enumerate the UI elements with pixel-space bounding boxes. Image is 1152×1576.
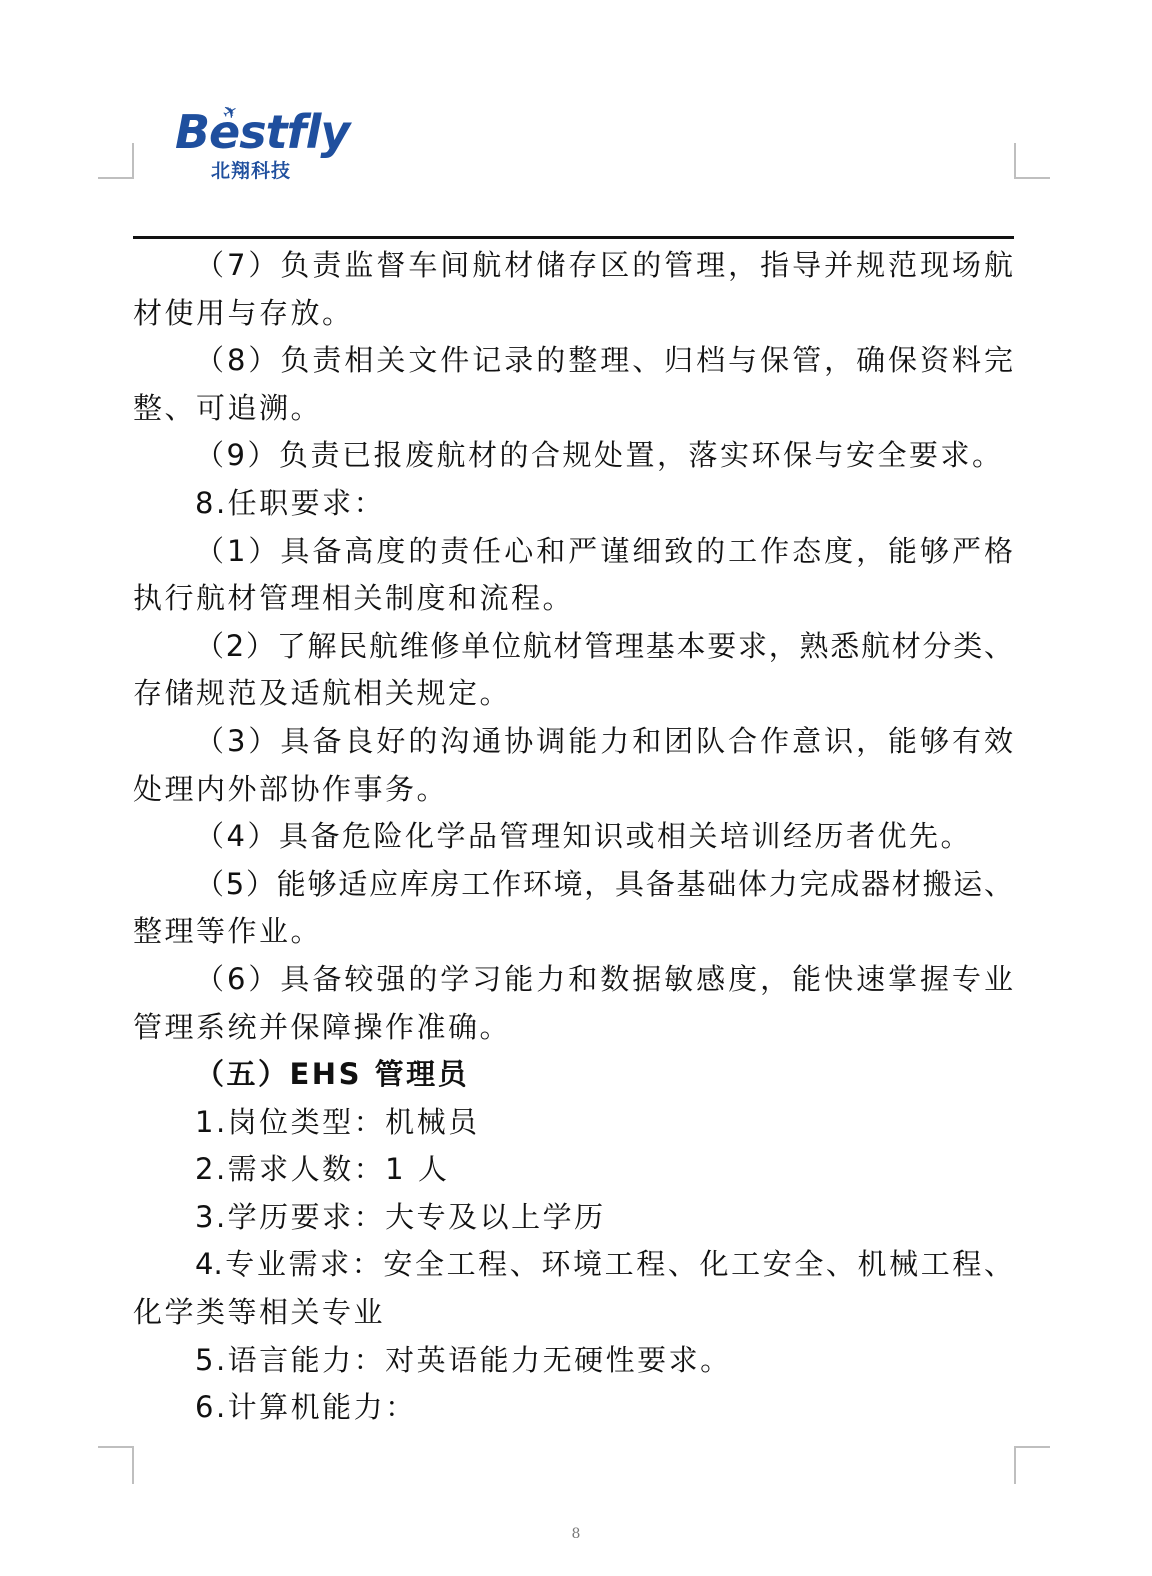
paragraph-line: （9）负责已报废航材的合规处置，落实环保与安全要求。: [133, 432, 1013, 480]
paragraph-line: （7）负责监督车间航材储存区的管理，指导并规范现场航: [133, 242, 1013, 290]
paragraph-line: 2.需求人数：1 人: [133, 1146, 1013, 1194]
paragraph-line: （8）负责相关文件记录的整理、归档与保管，确保资料完: [133, 337, 1013, 385]
paragraph-line: 4.专业需求：安全工程、环境工程、化工安全、机械工程、: [133, 1241, 1013, 1289]
paragraph-line: 存储规范及适航相关规定。: [133, 670, 1013, 718]
header-rule: [133, 236, 1014, 239]
crop-mark-bottom-right: [1014, 1446, 1050, 1484]
paragraph-line: （5）能够适应库房工作环境，具备基础体力完成器材搬运、: [133, 861, 1013, 909]
paragraph-line: 化学类等相关专业: [133, 1289, 1013, 1337]
paragraph-line: 3.学历要求：大专及以上学历: [133, 1194, 1013, 1242]
crop-mark-bottom-left: [98, 1446, 134, 1484]
paragraph-line: 5.语言能力：对英语能力无硬性要求。: [133, 1337, 1013, 1385]
crop-mark-top-right: [1014, 143, 1050, 179]
paragraph-line: 材使用与存放。: [133, 290, 1013, 338]
page-number: 8: [0, 1526, 1152, 1542]
crop-mark-top-left: [98, 143, 134, 179]
logo-wordmark: Bestfly: [175, 104, 349, 160]
paragraph-line: 执行航材管理相关制度和流程。: [133, 575, 1013, 623]
paragraph-line: 整、可追溯。: [133, 385, 1013, 433]
paragraph-line: 整理等作业。: [133, 908, 1013, 956]
paragraph-line: 处理内外部协作事务。: [133, 766, 1013, 814]
paragraph-line: （6）具备较强的学习能力和数据敏感度，能快速掌握专业: [133, 956, 1013, 1004]
paragraph-line: （2）了解民航维修单位航材管理基本要求，熟悉航材分类、: [133, 623, 1013, 671]
section-heading: 8.任职要求：: [133, 480, 1013, 528]
subsection-heading: （五）EHS 管理员: [133, 1051, 1013, 1099]
paragraph-line: （1）具备高度的责任心和严谨细致的工作态度，能够严格: [133, 528, 1013, 576]
paragraph-line: （4）具备危险化学品管理知识或相关培训经历者优先。: [133, 813, 1013, 861]
company-logo: ✈ Bestfly 北翔科技: [175, 104, 345, 184]
paragraph-line: （3）具备良好的沟通协调能力和团队合作意识，能够有效: [133, 718, 1013, 766]
paragraph-line: 6.计算机能力：: [133, 1384, 1013, 1432]
logo-subtitle: 北翔科技: [211, 160, 291, 182]
paragraph-line: 1.岗位类型：机械员: [133, 1099, 1013, 1147]
document-body: （7）负责监督车间航材储存区的管理，指导并规范现场航 材使用与存放。 （8）负责…: [133, 242, 1013, 1432]
paragraph-line: 管理系统并保障操作准确。: [133, 1004, 1013, 1052]
